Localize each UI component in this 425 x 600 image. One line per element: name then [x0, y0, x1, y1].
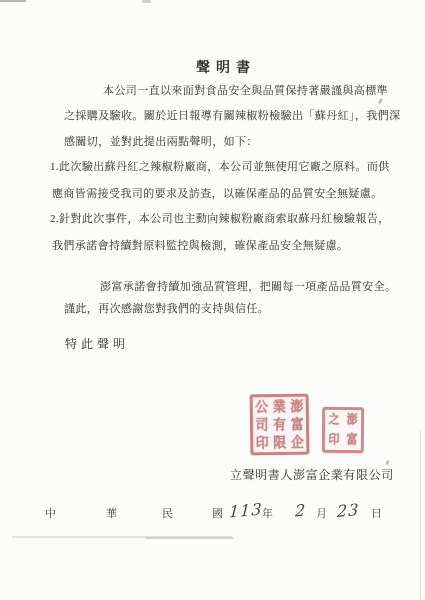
date-era-char: 民	[162, 509, 173, 520]
date-era-char: 中	[45, 509, 56, 520]
seal-glyph: 司	[255, 417, 268, 431]
seal-glyph: 富	[346, 434, 357, 447]
intro-line: 感關切，並對此提出兩點聲明，如下：	[64, 137, 258, 148]
seal-glyph: 印	[256, 436, 269, 450]
declaration-statement: 特此聲明	[65, 338, 129, 350]
handwritten-day: 23	[337, 502, 360, 520]
scan-artifact	[12, 536, 232, 538]
scan-artifact	[420, 430, 421, 600]
seal-glyph: 富	[291, 417, 304, 431]
declaration-document: 聲明書 本公司一直以來面對食品安全與品質保持著嚴謹與高標準 之採購及驗收。關於近…	[0, 0, 425, 600]
scan-artifact	[378, 98, 383, 105]
date-era-char: 華	[106, 509, 117, 520]
seal-glyph: 業	[273, 399, 286, 413]
point2-line: 我們承諾會持續對原料監控與檢測，確保產品安全無疑慮。	[52, 241, 348, 252]
seal-glyph: 澎	[347, 414, 358, 427]
point1-line: 1.此次驗出蘇丹紅之辣椒粉廠商，本公司並無使用它廠之原料。而供	[50, 162, 390, 173]
date-year-unit: 年	[262, 509, 273, 520]
intro-line: 之採購及驗收。關於近日報導有關辣椒粉檢驗出「蘇丹紅」，我們深	[64, 111, 401, 122]
seal-glyph: 有	[273, 417, 286, 431]
date-day-unit: 日	[371, 509, 382, 520]
handwritten-year: 113	[229, 501, 263, 520]
secondary-seal-stamp-icon: 澎 富 之 印	[322, 407, 364, 453]
seal-glyph: 企	[291, 435, 304, 449]
company-seal-stamp-icon: 澎 富 企 業 有 限 公 司 印	[250, 394, 310, 456]
point2-line: 2.針對此次事件，本公司也主動向辣椒粉廠商索取蘇丹紅檢驗報告，	[50, 214, 390, 225]
seal-glyph: 公	[255, 399, 268, 413]
date-month-unit: 月	[316, 509, 327, 520]
seal-glyph: 限	[273, 436, 286, 450]
closing-line: 謹此，再次感謝您對我們的支持與信任。	[64, 304, 269, 315]
intro-line: 本公司一直以來面對食品安全與品質保持著嚴謹與高標準	[103, 86, 388, 97]
scan-artifact	[142, 0, 151, 3]
closing-line: 澎富承諾會持續加強品質管理，把關每一項產品品質安全。	[100, 282, 396, 293]
handwritten-month: 2	[295, 502, 307, 519]
seal-glyph: 之	[329, 414, 340, 427]
point1-line: 應商皆需接受我司的要求及訪查，以確保產品的品質安全無疑慮。	[52, 189, 383, 200]
seal-glyph: 印	[328, 434, 339, 447]
scan-artifact	[145, 537, 233, 539]
scan-artifact	[0, 0, 26, 2]
signer-line: 立聲明書人澎富企業有限公司	[230, 469, 394, 481]
date-era-char: 國	[212, 509, 223, 520]
document-title: 聲明書	[196, 57, 256, 77]
seal-glyph: 澎	[290, 399, 303, 413]
scan-artifact	[385, 460, 390, 466]
